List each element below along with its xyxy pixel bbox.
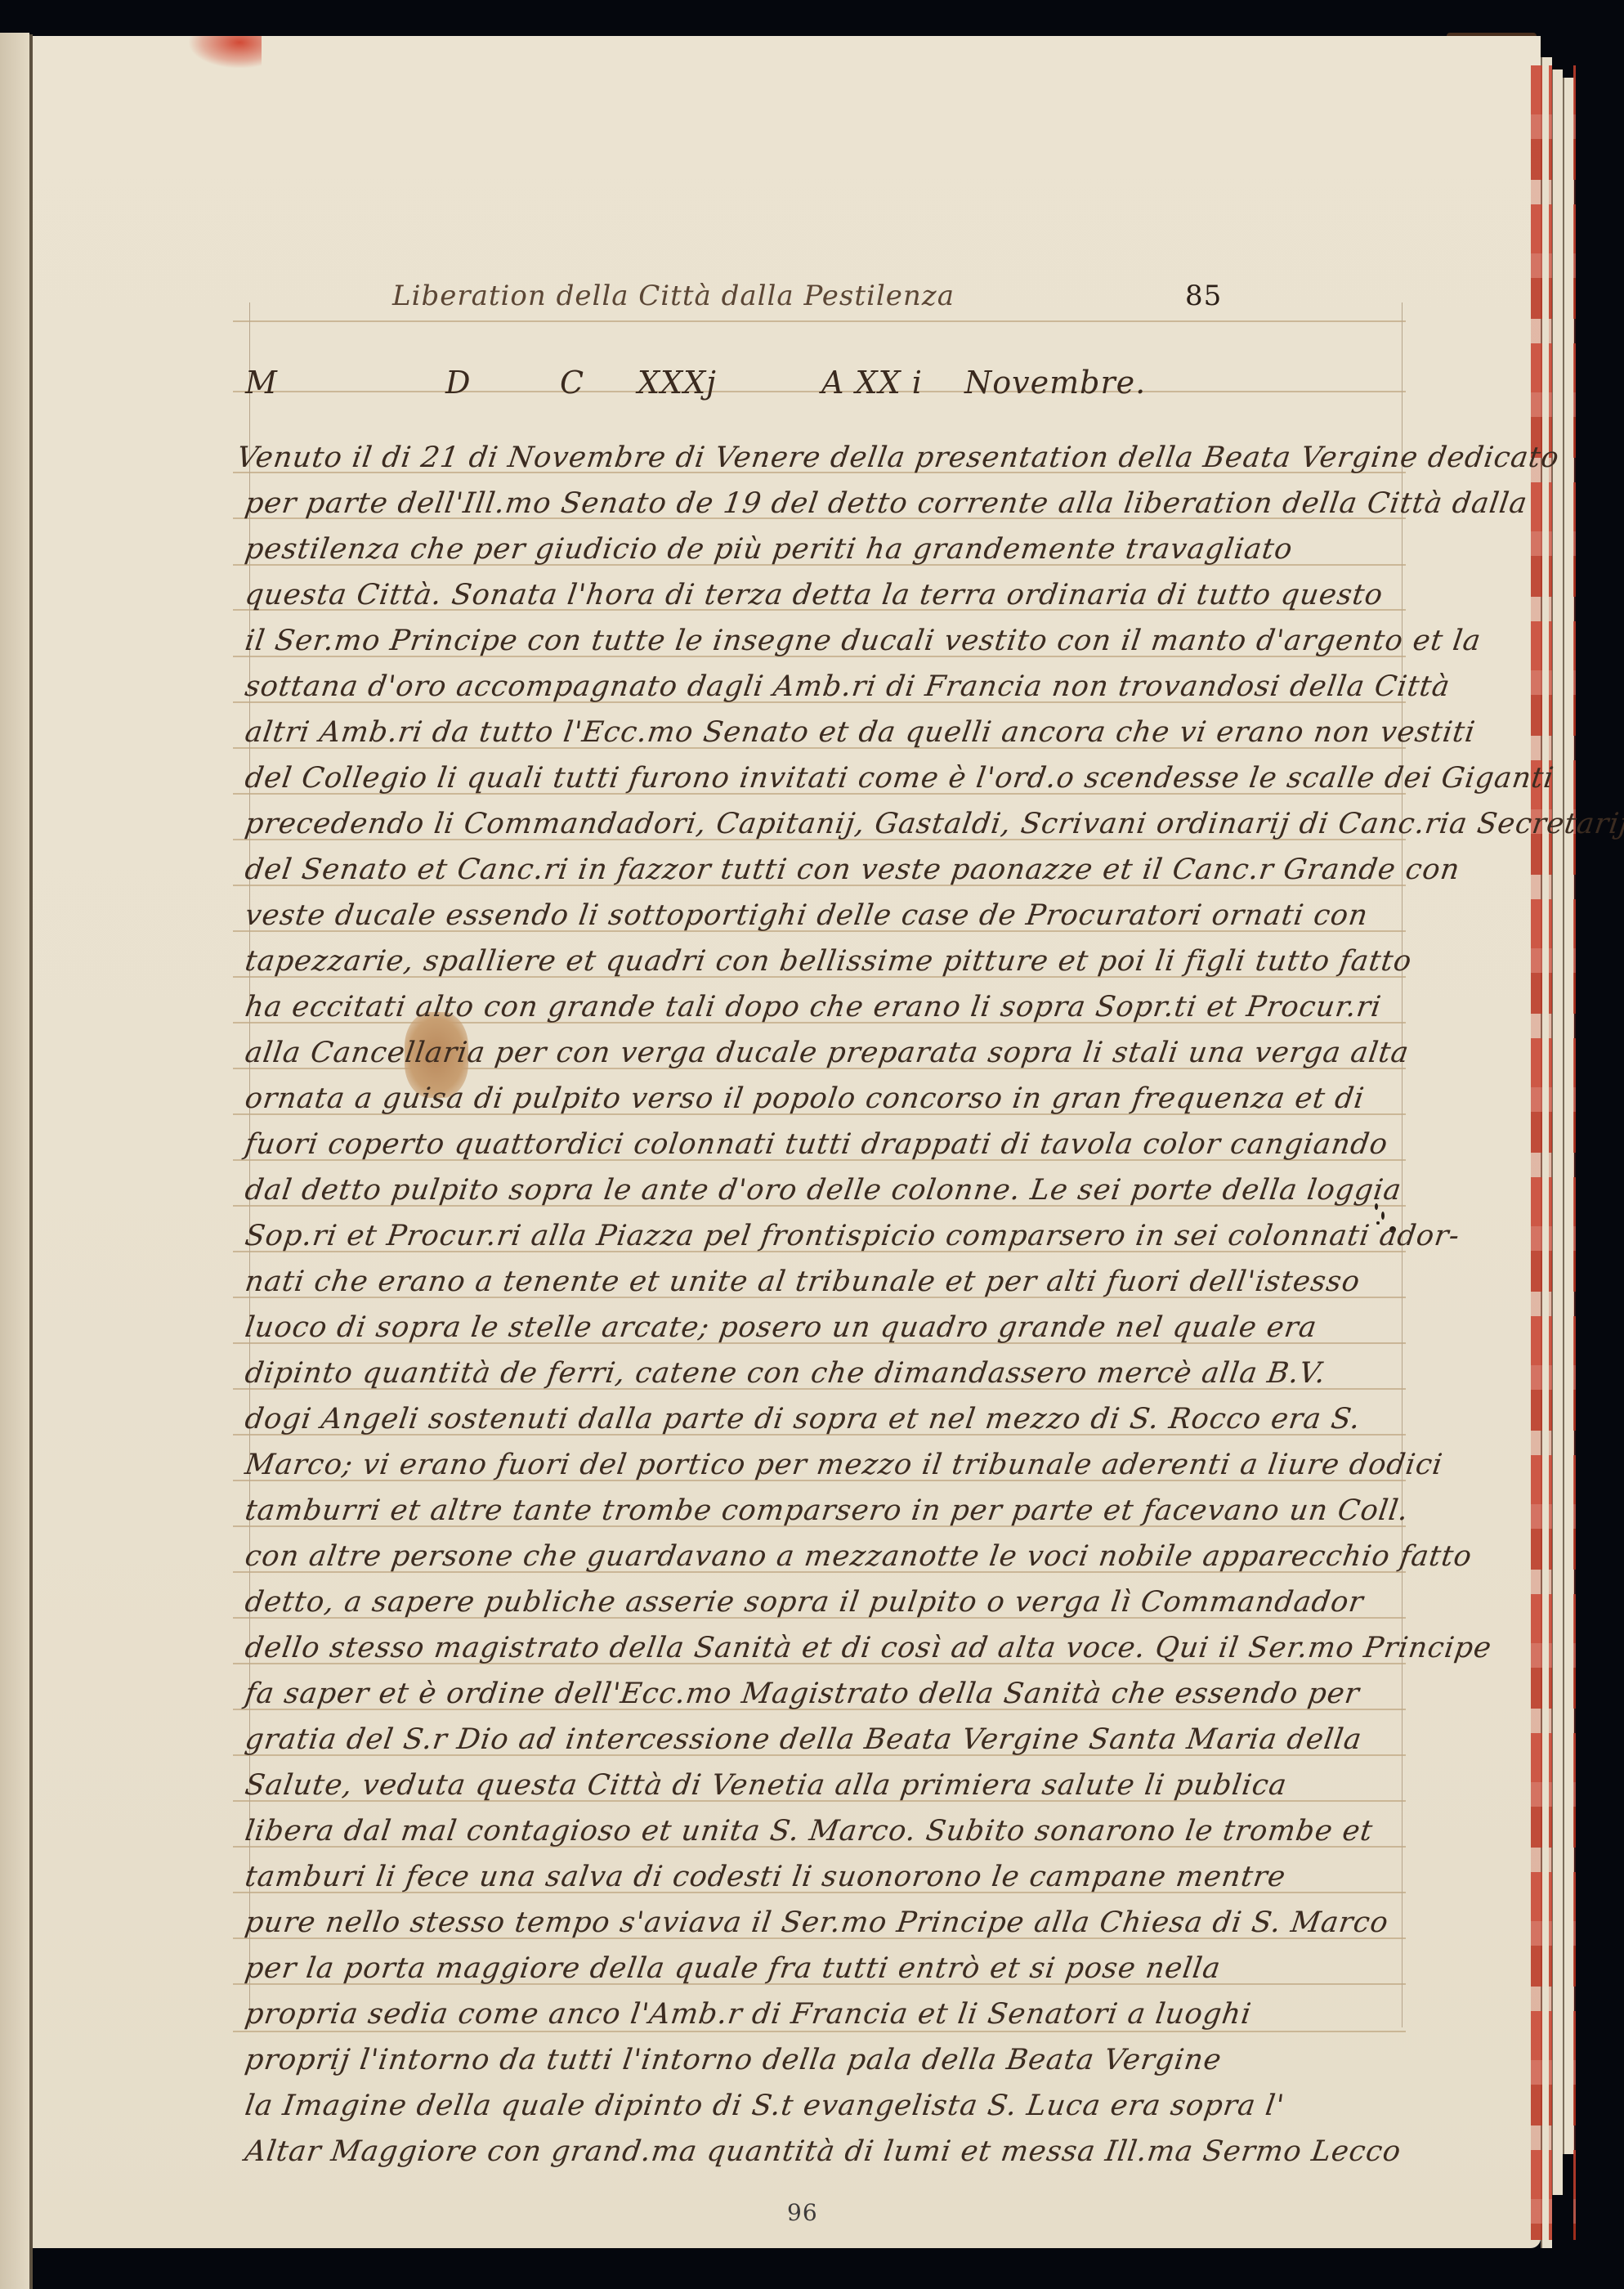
text-line: dal detto pulpito sopra le ante d'oro de… [243, 1174, 1403, 1207]
text-line: ha eccitati alto con grande tali dopo ch… [243, 991, 1383, 1024]
right-margin-rule [1402, 302, 1403, 2027]
text-line: per parte dell'Ill.mo Senato de 19 del d… [243, 487, 1529, 520]
text-line: del Collegio li quali tutti furono invit… [243, 762, 1556, 795]
date-part: A XX i [821, 365, 923, 401]
red-corner-stain [188, 36, 262, 69]
manuscript-scan: Liberation della Città dalla Pestilenza … [0, 0, 1624, 2289]
red-edge-stain [1573, 65, 1576, 2240]
text-line: ornata a guisa di pulpito verso il popol… [243, 1082, 1367, 1115]
page-number: 96 [787, 2199, 818, 2226]
date-part: D [445, 365, 471, 401]
ruled-line [233, 320, 1406, 322]
text-line: dipinto quantità de ferri, catene con ch… [243, 1357, 1328, 1390]
ruled-line [233, 2031, 1406, 2032]
text-line: gratia del S.r Dio ad intercessione dell… [243, 1723, 1364, 1756]
text-line: questa Città. Sonata l'hora di terza det… [243, 579, 1385, 611]
text-line: sottana d'oro accompagnato dagli Amb.ri … [243, 670, 1452, 703]
date-prefix: M [245, 365, 278, 401]
text-line: altri Amb.ri da tutto l'Ecc.mo Senato et… [243, 716, 1477, 749]
ruled-line [233, 391, 1406, 392]
text-line: pestilenza che per giudicio de più perit… [243, 533, 1295, 566]
text-line: per la porta maggiore della quale fra tu… [243, 1952, 1223, 1985]
page-stack-edge [1563, 78, 1574, 2154]
text-line: tamburi li fece una salva di codesti li … [243, 1861, 1288, 1893]
text-line: proprij l'intorno da tutti l'intorno del… [243, 2044, 1224, 2076]
text-line: dello stesso magistrato della Sanità et … [243, 1632, 1493, 1664]
text-line: libera dal mal contagioso et unita S. Ma… [243, 1815, 1375, 1848]
text-line: del Senato et Canc.ri in fazzor tutti co… [243, 853, 1462, 886]
text-line: Sop.ri et Procur.ri alla Piazza pel fron… [243, 1220, 1461, 1252]
text-line: veste ducale essendo li sottoportighi de… [243, 899, 1370, 932]
red-edge-stain [1531, 65, 1542, 2240]
date-part: C [560, 365, 584, 401]
folio-number: 85 [1185, 280, 1222, 312]
text-line: il Ser.mo Principe con tutte le insegne … [243, 625, 1483, 657]
text-line: alla Cancellaria per con verga ducale pr… [243, 1037, 1411, 1069]
text-line: con altre persone che guardavano a mezza… [243, 1540, 1474, 1573]
text-line: Altar Maggiore con grand.ma quantità di … [243, 2135, 1403, 2168]
text-line: luoco di sopra le stelle arcate; posero … [243, 1311, 1319, 1344]
text-line: Venuto il di 21 di Novembre di Venere de… [235, 441, 1561, 474]
text-line: fuori coperto quattordici colonnati tutt… [243, 1128, 1390, 1161]
text-line: dogi Angeli sostenuti dalla parte di sop… [243, 1403, 1362, 1436]
text-line: tapezzarie, spalliere et quadri con bell… [243, 945, 1414, 978]
date-part: XXXj [638, 365, 717, 401]
text-line: detto, a sapere publiche asserie sopra i… [243, 1586, 1366, 1619]
text-line: precedendo li Commandadori, Capitanij, G… [243, 808, 1624, 840]
text-line: tamburri et altre tante trombe comparser… [243, 1494, 1411, 1527]
text-line: la Imagine della quale dipinto di S.t ev… [243, 2090, 1286, 2122]
page-stack-edge [1551, 69, 1563, 2195]
page-heading: Liberation della Città dalla Pestilenza [392, 280, 955, 312]
red-edge-stain [1549, 65, 1552, 2240]
text-line: Salute, veduta questa Città di Venetia a… [243, 1769, 1289, 1802]
text-line: propria sedia come anco l'Amb.r di Franc… [243, 1998, 1254, 2031]
text-line: fa saper et è ordine dell'Ecc.mo Magistr… [243, 1678, 1362, 1710]
text-line: Marco; vi erano fuori del portico per me… [243, 1449, 1445, 1481]
text-line: pure nello stesso tempo s'aviava il Ser.… [243, 1906, 1390, 1939]
date-part: Novembre. [964, 365, 1146, 401]
facing-page-edge [0, 33, 29, 2289]
text-line: nati che erano a tenente et unite al tri… [243, 1265, 1362, 1298]
